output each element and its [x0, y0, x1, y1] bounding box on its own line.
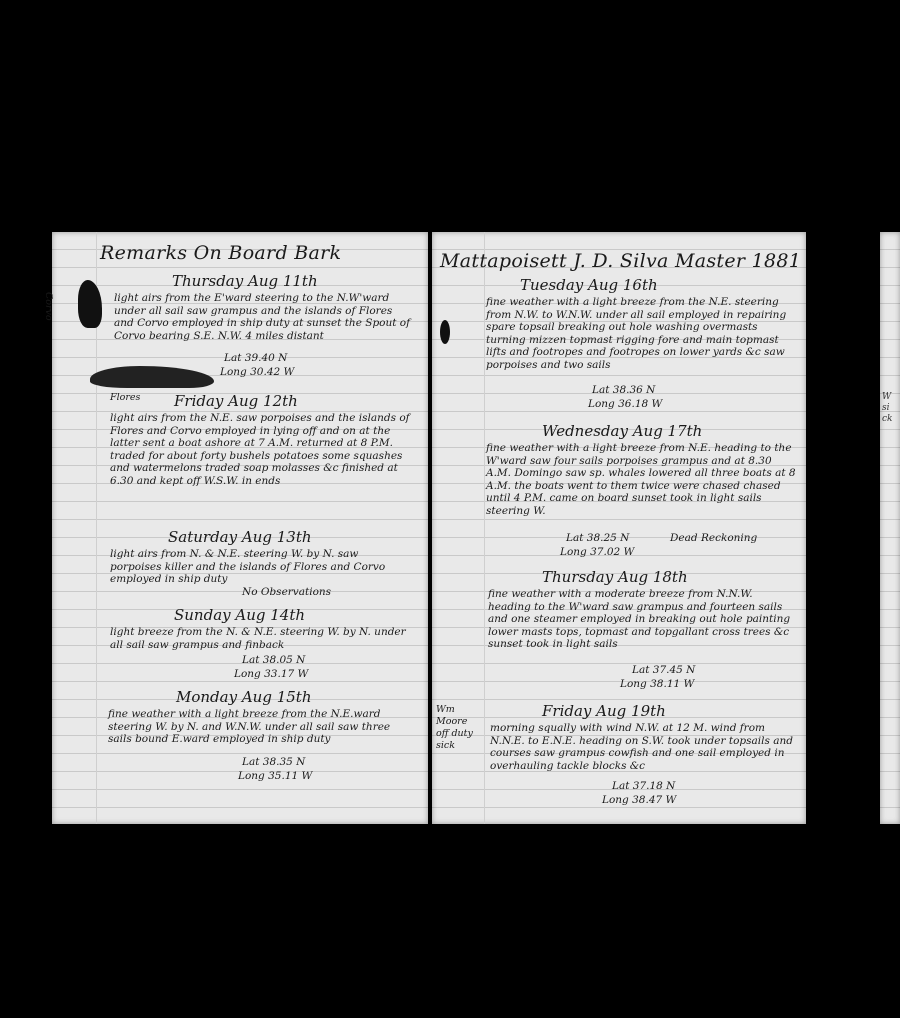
entry-lat: Lat 39.40 N	[224, 352, 287, 365]
next-page-edge: W si ck	[880, 232, 900, 824]
entry-lat: Lat 38.35 N	[242, 756, 305, 769]
entry-long: Long 30.42 W	[220, 366, 294, 379]
island-sketch-corvo-icon	[78, 280, 102, 328]
edge-fragment-line: ck	[882, 414, 893, 425]
margin-note-line: sick	[436, 740, 484, 752]
entry-day: Saturday Aug 13th	[168, 528, 312, 546]
entry-long: Long 36.18 W	[588, 398, 662, 411]
entry-day: Monday Aug 15th	[176, 688, 311, 706]
entry-text: light airs from the E'ward steering to t…	[114, 292, 414, 342]
logbook-left-page: Remarks On Board Bark Corvo Flores Thurs…	[52, 232, 428, 824]
margin-note-line: Wm Moore	[436, 704, 484, 728]
margin-note-sick: Wm Moore off duty sick	[436, 704, 484, 752]
page-header-left: Remarks On Board Bark	[100, 242, 341, 264]
edge-fragment-line: W	[882, 392, 893, 403]
entry-day: Wednesday Aug 17th	[542, 422, 702, 440]
entry-day: Thursday Aug 11th	[172, 272, 318, 290]
entry-lat: Lat 38.36 N	[592, 384, 655, 397]
page-header-right: Mattapoisett J. D. Silva Master 1881	[440, 250, 801, 272]
margin-label-corvo: Corvo	[42, 292, 54, 321]
entry-text: fine weather with a moderate breeze from…	[488, 588, 798, 651]
entry-text: light breeze from the N. & N.E. steering…	[110, 626, 410, 651]
logbook-right-page: Mattapoisett J. D. Silva Master 1881 Tue…	[432, 232, 806, 824]
entry-long: Long 38.11 W	[620, 678, 694, 691]
entry-day: Friday Aug 12th	[174, 392, 298, 410]
entry-lat-note: Dead Reckoning	[670, 532, 757, 545]
entry-day: Tuesday Aug 16th	[520, 276, 658, 294]
margin-label-flores: Flores	[110, 392, 140, 404]
entry-day: Thursday Aug 18th	[542, 568, 688, 586]
entry-lat: Lat 38.25 N	[566, 532, 629, 545]
entry-long: Long 35.11 W	[238, 770, 312, 783]
entry-text: morning squally with wind N.W. at 12 M. …	[490, 722, 800, 772]
edge-fragment-line: si	[882, 403, 893, 414]
entry-text: light airs from N. & N.E. steering W. by…	[110, 548, 410, 586]
entry-observation: No Observations	[242, 586, 331, 599]
entry-text: fine weather with a light breeze from N.…	[486, 442, 796, 518]
entry-text: light airs from the N.E. saw porpoises a…	[110, 412, 410, 488]
entry-day: Sunday Aug 14th	[174, 606, 305, 624]
entry-text: fine weather with a light breeze from th…	[486, 296, 796, 372]
entry-long: Long 33.17 W	[234, 668, 308, 681]
margin-note-line: off duty	[436, 728, 484, 740]
entry-day: Friday Aug 19th	[542, 702, 666, 720]
entry-lat: Lat 37.45 N	[632, 664, 695, 677]
island-sketch-flores-icon	[90, 366, 214, 388]
edge-fragment: W si ck	[882, 392, 893, 425]
entry-long: Long 38.47 W	[602, 794, 676, 807]
entry-lat: Lat 38.05 N	[242, 654, 305, 667]
entry-long: Long 37.02 W	[560, 546, 634, 559]
margin-rule	[484, 232, 485, 824]
ink-blot-icon	[440, 320, 450, 344]
entry-lat: Lat 37.18 N	[612, 780, 675, 793]
entry-text: fine weather with a light breeze from th…	[108, 708, 408, 746]
